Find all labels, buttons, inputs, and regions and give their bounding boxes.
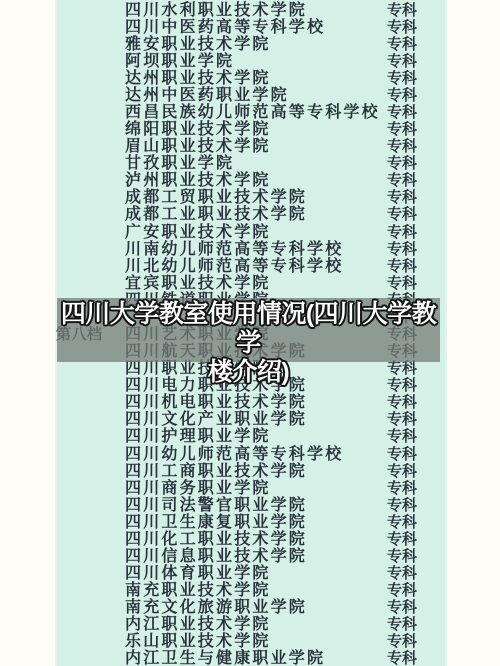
level-label: 专科 [387,121,417,138]
table-row: 四川司法警官职业学院 专科 [55,497,447,514]
level-label: 专科 [387,155,417,172]
level-label: 专科 [387,87,417,104]
level-label: 专科 [387,650,417,666]
level-label: 专科 [387,224,417,241]
college-name: 成都工贸职业技术学院 [125,189,307,206]
level-label: 专科 [387,53,417,70]
level-label: 专科 [387,428,417,445]
level-label: 专科 [387,599,417,616]
college-name: 四川护理职业学院 [125,428,271,445]
level-label: 专科 [387,275,417,292]
table-row: 南充文化旅游职业学院 专科 [55,599,447,616]
level-label: 专科 [387,514,417,531]
level-label: 专科 [387,394,417,411]
college-name: 达州中医药职业学院 [125,87,289,104]
table-row: 四川工商职业技术学院 专科 [55,463,447,480]
level-label: 专科 [387,548,417,565]
table-row: 川北幼儿师范高等专科学校 专科 [55,258,447,275]
college-name: 西昌民族幼儿师范高等专科学校 [125,104,380,121]
college-name: 雅安职业技术学院 [125,36,271,53]
table-row: 达州职业技术学院 专科 [55,70,447,87]
table-row: 宜宾职业技术学院 专科 [55,275,447,292]
table-row: 泸州职业技术学院 专科 [55,172,447,189]
title-overlay: 四川大学教室使用情况(四川大学教学 楼介绍) [57,298,440,362]
college-name: 宜宾职业技术学院 [125,275,271,292]
table-row: 绵阳职业技术学院 专科 [55,121,447,138]
level-label: 专科 [387,463,417,480]
table-row: 四川化工职业技术学院 专科 [55,531,447,548]
table-row: 成都工贸职业技术学院 专科 [55,189,447,206]
table-row: 四川机电职业技术学院 专科 [55,394,447,411]
overlay-title-line1: 四川大学教室使用情况(四川大学教学 [61,300,436,357]
level-label: 专科 [387,36,417,53]
table-row: 眉山职业技术学院 专科 [55,138,447,155]
level-label: 专科 [387,616,417,633]
college-name: 甘孜职业学院 [125,155,234,172]
level-label: 专科 [387,241,417,258]
college-name: 达州职业技术学院 [125,70,271,87]
college-name: 四川幼儿师范高等专科学校 [125,446,343,463]
level-label: 专科 [387,104,417,121]
college-name: 南充职业技术学院 [125,582,271,599]
college-name: 四川信息职业技术学院 [125,548,307,565]
table-row: 四川护理职业学院 专科 [55,428,447,445]
college-name: 阿坝职业学院 [125,53,234,70]
table-row: 广安职业技术学院 专科 [55,224,447,241]
college-name: 南充文化旅游职业学院 [125,599,307,616]
level-label: 专科 [387,206,417,223]
table-row: 南充职业技术学院 专科 [55,582,447,599]
table-row: 成都工业职业技术学院 专科 [55,206,447,223]
table-row: 四川体育职业学院 专科 [55,565,447,582]
level-label: 专科 [387,446,417,463]
level-label: 专科 [387,189,417,206]
table-row: 乐山职业技术学院 专科 [55,633,447,650]
college-name: 四川文化产业职业学院 [125,411,307,428]
table-row: 四川幼儿师范高等专科学校 专科 [55,446,447,463]
college-name: 四川水利职业技术学院 [125,2,307,19]
college-name: 眉山职业技术学院 [125,138,271,155]
college-name: 四川中医药高等专科学校 [125,19,325,36]
level-label: 专科 [387,70,417,87]
table-row: 阿坝职业学院 专科 [55,53,447,70]
college-name: 川南幼儿师范高等专科学校 [125,241,343,258]
level-label: 专科 [387,138,417,155]
table-row: 四川水利职业技术学院 专科 [55,2,447,19]
table-row: 四川信息职业技术学院 专科 [55,548,447,565]
table-row: 四川卫生康复职业学院 专科 [55,514,447,531]
level-label: 专科 [387,2,417,19]
level-label: 专科 [387,172,417,189]
college-name: 成都工业职业技术学院 [125,206,307,223]
table-row: 达州中医药职业学院 专科 [55,87,447,104]
table-row: 川南幼儿师范高等专科学校 专科 [55,241,447,258]
college-name: 四川司法警官职业学院 [125,497,307,514]
level-label: 专科 [387,497,417,514]
level-label: 专科 [387,19,417,36]
level-label: 专科 [387,633,417,650]
college-name: 广安职业技术学院 [125,224,271,241]
page: { "page": { "background": "#fffdf5" }, "… [0,0,500,666]
college-name: 四川工商职业技术学院 [125,463,307,480]
level-label: 专科 [387,411,417,428]
table-row: 雅安职业技术学院 专科 [55,36,447,53]
college-name: 四川体育职业学院 [125,565,271,582]
overlay-title-text: 四川大学教室使用情况(四川大学教学 楼介绍) [57,298,440,387]
table-row: 四川中医药高等专科学校 专科 [55,19,447,36]
overlay-title-line2: 楼介绍) [208,358,289,386]
college-name: 川北幼儿师范高等专科学校 [125,258,343,275]
college-name: 内江职业技术学院 [125,616,271,633]
table-row: 甘孜职业学院 专科 [55,155,447,172]
table-row: 内江卫生与健康职业学院 专科 [55,650,447,666]
college-name: 四川机电职业技术学院 [125,394,307,411]
table-row: 四川文化产业职业学院 专科 [55,411,447,428]
level-label: 专科 [387,258,417,275]
level-label: 专科 [387,582,417,599]
college-name: 内江卫生与健康职业学院 [125,650,325,666]
college-name: 绵阳职业技术学院 [125,121,271,138]
college-name: 四川化工职业技术学院 [125,531,307,548]
college-name: 四川商务职业学院 [125,480,271,497]
level-label: 专科 [387,565,417,582]
table-row: 内江职业技术学院 专科 [55,616,447,633]
level-label: 专科 [387,480,417,497]
college-name: 四川卫生康复职业学院 [125,514,307,531]
college-name: 乐山职业技术学院 [125,633,271,650]
college-name: 泸州职业技术学院 [125,172,271,189]
table-row: 西昌民族幼儿师范高等专科学校 专科 [55,104,447,121]
table-row: 四川商务职业学院 专科 [55,480,447,497]
level-label: 专科 [387,531,417,548]
